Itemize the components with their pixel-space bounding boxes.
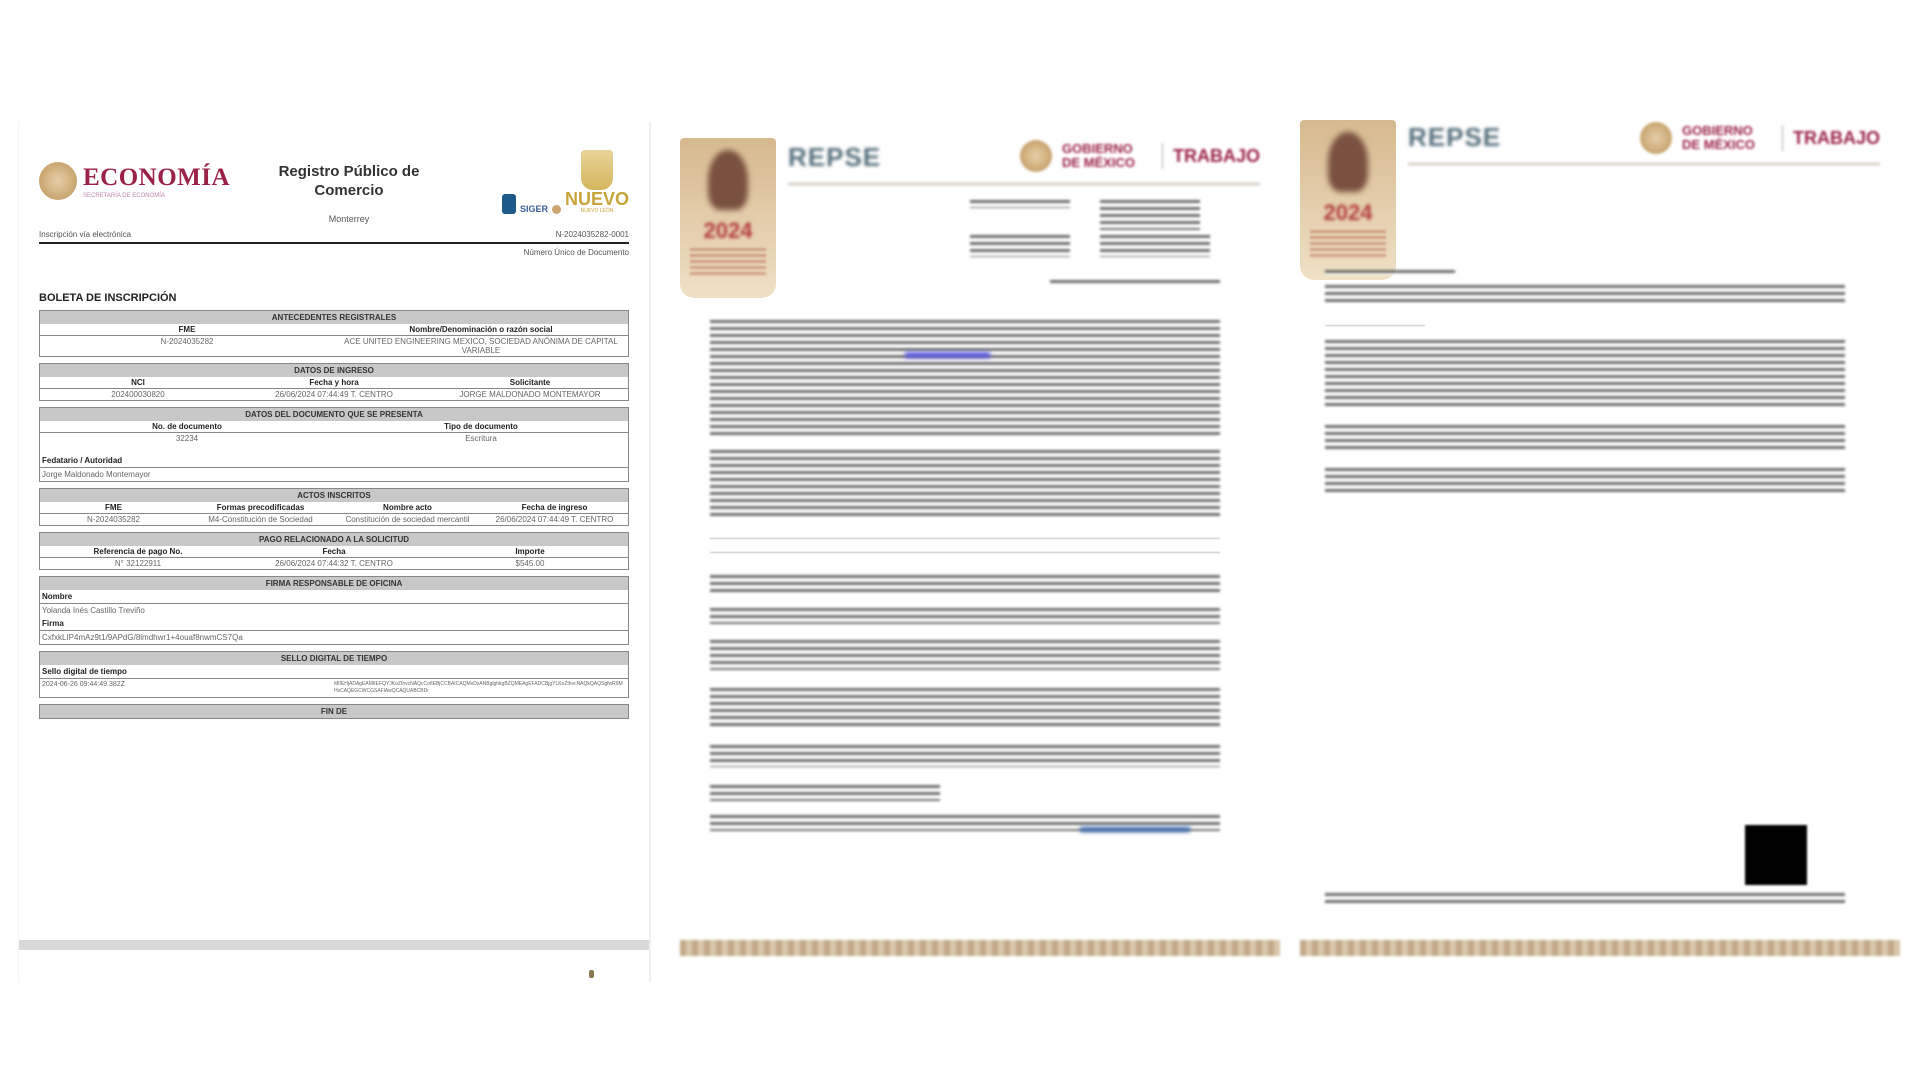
table-cell: 26/06/2024 07:44:32 T. CENTRO — [236, 558, 432, 569]
timestamp-hash: MIIEHjADAgEAMIIEFQYJKoZIhvcNAQcCoIIEBjCC… — [334, 681, 626, 695]
table-row: N-2024035282 ACE UNITED ENGINEERING MEXI… — [40, 336, 628, 356]
addressee-value — [1100, 200, 1200, 230]
year-badge: 2024 — [680, 218, 776, 244]
column-header: Formas precodificadas — [187, 502, 334, 513]
page-separator — [19, 940, 649, 950]
section-header: ACTOS INSCRITOS — [40, 489, 628, 502]
verification-string — [1325, 893, 1845, 903]
field-label: Fedatario / Autoridad — [40, 454, 628, 468]
paragraph — [1325, 285, 1845, 305]
document-number-label: Número Único de Documento — [524, 248, 629, 257]
economia-logo: ECONOMÍA SECRETARÍA DE ECONOMÍA — [39, 162, 230, 200]
nuevo-leon-logo-text: NUEVO — [565, 190, 629, 208]
table-row: 32234 Escritura — [40, 433, 628, 454]
gobierno-text: GOBIERNO DE MÉXICO — [1682, 124, 1772, 152]
section-pago: PAGO RELACIONADO A LA SOLICITUD Referenc… — [39, 532, 629, 570]
column-header: Tipo de documento — [334, 421, 628, 432]
state-logos: SIGER NUEVO NUEVO LEÓN — [502, 150, 629, 214]
column-header: Fecha de ingreso — [481, 502, 628, 513]
addressee-label — [970, 200, 1070, 208]
table-cell: M4-Constitución de Sociedad — [187, 514, 334, 525]
year-badge: 2024 — [1300, 200, 1396, 226]
paragraph — [710, 640, 1220, 670]
table-row: N° 32122911 26/06/2024 07:44:32 T. CENTR… — [40, 558, 628, 569]
table-cell: N-2024035282 — [40, 514, 187, 525]
economia-logo-subtitle: SECRETARÍA DE ECONOMÍA — [83, 193, 230, 199]
national-seal-icon — [1640, 122, 1672, 154]
section-sello: SELLO DIGITAL DE TIEMPO Sello digital de… — [39, 651, 629, 698]
section-actos: ACTOS INSCRITOS FME Formas precodificada… — [39, 488, 629, 526]
section-header: DATOS DEL DOCUMENTO QUE SE PRESENTA — [40, 408, 628, 421]
column-header: NCI — [40, 377, 236, 388]
table-cell: 26/06/2024 07:44:49 T. CENTRO — [236, 389, 432, 400]
table-cell: N-2024035282 — [40, 336, 334, 356]
hyperlink[interactable] — [905, 352, 990, 358]
section-ingreso: DATOS DE INGRESO NCI Fecha y hora Solici… — [39, 363, 629, 401]
nuevo-leon-crest-icon — [581, 150, 613, 190]
nuevo-leon-logo-subtitle: NUEVO LEÓN — [581, 208, 614, 214]
timestamp-date: 2024-06-26 09:44:49.382Z — [42, 681, 334, 695]
paragraph — [1325, 425, 1845, 451]
paragraph — [710, 745, 1220, 767]
section-header: FIN DE — [40, 705, 628, 718]
table-header-row: Referencia de pago No. Fecha Importe — [40, 546, 628, 558]
repse-logo: REPSE — [1408, 122, 1501, 153]
table-cell: 32234 — [40, 433, 334, 444]
portrait-figure — [708, 150, 748, 210]
table-header-row: No. de documento Tipo de documento — [40, 421, 628, 433]
siger-icon — [502, 194, 516, 214]
ministry-text: TRABAJO — [1793, 128, 1880, 149]
table-cell: JORGE MALDONADO MONTEMAYOR — [432, 389, 628, 400]
document-title: BOLETA DE INSCRIPCIÓN — [39, 292, 177, 304]
paragraph — [710, 785, 940, 801]
column-header: FME — [40, 324, 334, 335]
field-value: Yolanda Inés Castillo Treviño — [40, 604, 628, 617]
column-header: Nombre/Denominación o razón social — [334, 324, 628, 335]
table-header-row: FME Formas precodificadas Nombre acto Fe… — [40, 502, 628, 514]
paragraph — [1325, 468, 1845, 494]
table-cell: $545.00 — [432, 558, 628, 569]
section-header: DATOS DE INGRESO — [40, 364, 628, 377]
page-marker-icon — [589, 970, 594, 978]
inscription-type: Inscripción vía electrónica — [39, 230, 131, 239]
commemorative-portrait: 2024 — [1300, 120, 1396, 280]
section-header: FIRMA RESPONSABLE DE OFICINA — [40, 577, 628, 590]
section-header: ANTECEDENTES REGISTRALES — [40, 311, 628, 324]
decorative-footer-band — [680, 940, 1280, 956]
repse-page-1: 2024 REPSE GOBIERNO DE MÉXICO TRABAJO — [680, 120, 1280, 960]
table-cell: 202400030820 — [40, 389, 236, 400]
national-seal-icon — [1020, 140, 1052, 172]
section-firma: FIRMA RESPONSABLE DE OFICINA Nombre Yola… — [39, 576, 629, 645]
heading-line — [1325, 270, 1455, 275]
table-cell: Escritura — [334, 433, 628, 444]
economia-logo-text: ECONOMÍA — [83, 164, 230, 192]
table-cell: 26/06/2024 07:44:49 T. CENTRO — [481, 514, 628, 525]
date-line — [1050, 280, 1220, 286]
field-label: Firma — [40, 617, 628, 631]
decorative-footer-band — [1300, 940, 1900, 956]
column-header: FME — [40, 502, 187, 513]
registry-title-line1: Registro Público de — [259, 162, 439, 181]
section-header: SELLO DIGITAL DE TIEMPO — [40, 652, 628, 665]
separator — [710, 552, 1220, 553]
registry-title-line2: Comercio — [259, 181, 439, 200]
portrait-caption — [1310, 230, 1386, 260]
commemorative-portrait: 2024 — [680, 138, 776, 298]
column-header: Fecha — [236, 546, 432, 557]
section-antecedentes: ANTECEDENTES REGISTRALES FME Nombre/Deno… — [39, 310, 629, 357]
ministry-text: TRABAJO — [1173, 146, 1260, 167]
logo-divider — [1782, 125, 1783, 151]
header-rule — [39, 242, 629, 244]
nuevo-leon-logo: NUEVO NUEVO LEÓN — [565, 150, 629, 214]
field-label: Sello digital de tiempo — [40, 665, 628, 679]
document-number: N-2024035282-0001 — [556, 230, 629, 239]
table-header-row: FME Nombre/Denominación o razón social — [40, 324, 628, 336]
column-header: No. de documento — [40, 421, 334, 432]
registry-title: Registro Público de Comercio — [259, 162, 439, 200]
table-cell: ACE UNITED ENGINEERING MEXICO, SOCIEDAD … — [334, 336, 628, 356]
field-label: Nombre — [40, 590, 628, 604]
gobierno-text: GOBIERNO DE MÉXICO — [1062, 142, 1152, 170]
section-header: PAGO RELACIONADO A LA SOLICITUD — [40, 533, 628, 546]
column-header: Fecha y hora — [236, 377, 432, 388]
repse-page-2: 2024 REPSE GOBIERNO DE MÉXICO TRABAJO — [1300, 110, 1900, 950]
gobierno-logo: GOBIERNO DE MÉXICO TRABAJO — [1020, 140, 1260, 172]
sections: ANTECEDENTES REGISTRALES FME Nombre/Deno… — [39, 310, 629, 725]
field-value: CxfxkLIP4mAz9t1/9APdG/8lmdhwr1+4ouaf8nwm… — [40, 631, 628, 644]
portrait-figure — [1328, 132, 1368, 192]
table-row: 202400030820 26/06/2024 07:44:49 T. CENT… — [40, 389, 628, 400]
column-header: Solicitante — [432, 377, 628, 388]
reference-label — [970, 235, 1070, 257]
section-documento: DATOS DEL DOCUMENTO QUE SE PRESENTA No. … — [39, 407, 629, 482]
separator — [1325, 325, 1425, 326]
hyperlink[interactable] — [1080, 827, 1190, 832]
logo-divider — [1162, 143, 1163, 169]
table-cell: N° 32122911 — [40, 558, 236, 569]
table-row: N-2024035282 M4-Constitución de Sociedad… — [40, 514, 628, 525]
header-rule — [1408, 162, 1880, 166]
separator — [710, 538, 1220, 539]
column-header: Referencia de pago No. — [40, 546, 236, 557]
national-seal-icon — [39, 162, 77, 200]
table-cell: Constitución de sociedad mercantil — [334, 514, 481, 525]
qr-code — [1745, 825, 1807, 885]
portrait-caption — [690, 248, 766, 278]
field-value: Jorge Maldonado Montemayor — [40, 468, 628, 481]
registry-city: Monterrey — [259, 214, 439, 224]
timestamp-row: 2024-06-26 09:44:49.382Z MIIEHjADAgEAMII… — [40, 679, 628, 697]
boleta-inscripcion-page: ECONOMÍA SECRETARÍA DE ECONOMÍA Registro… — [18, 122, 651, 982]
paragraph — [710, 450, 1220, 520]
paragraph — [710, 575, 1220, 593]
reference-value — [1100, 235, 1210, 257]
table-header-row: NCI Fecha y hora Solicitante — [40, 377, 628, 389]
small-seal-icon — [552, 205, 561, 214]
column-header: Nombre acto — [334, 502, 481, 513]
paragraph — [710, 688, 1220, 728]
siger-label: SIGER — [520, 204, 548, 214]
paragraph — [1325, 340, 1845, 410]
paragraph — [710, 320, 1220, 435]
repse-logo: REPSE — [788, 142, 881, 173]
gobierno-logo: GOBIERNO DE MÉXICO TRABAJO — [1640, 122, 1880, 154]
section-fin: FIN DE — [39, 704, 629, 719]
column-header: Importe — [432, 546, 628, 557]
header-rule — [788, 182, 1260, 186]
paragraph — [710, 608, 1220, 624]
